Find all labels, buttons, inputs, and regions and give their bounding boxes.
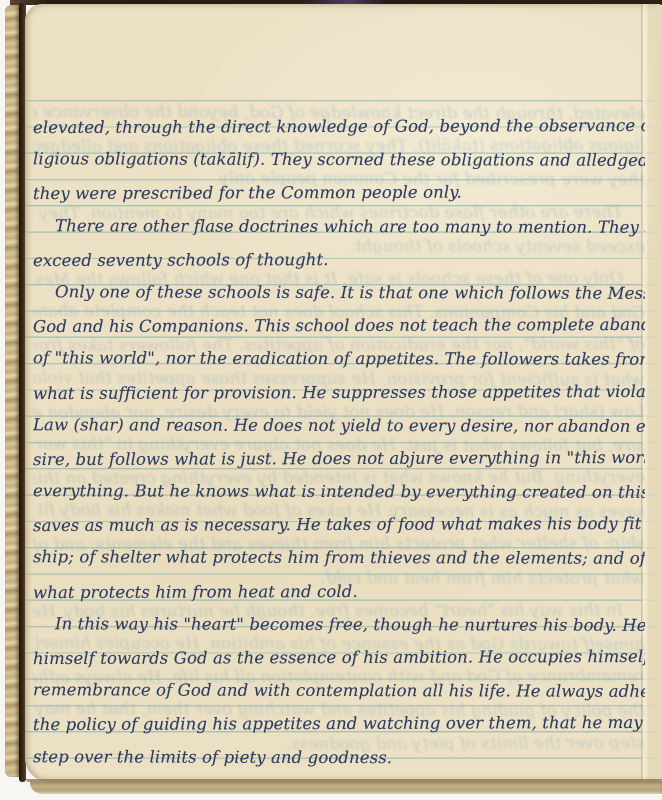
handwritten-line: In this way his "heart" becomes free, th… [33,607,645,642]
handwritten-line: Law (shar) and reason. He does not yield… [33,408,645,443]
handwritten-line: saves as much as is necessary. He takes … [33,507,645,542]
handwritten-line: of "this world", nor the eradication of … [33,342,645,377]
handwritten-line: Only one of these schools is safe. It is… [33,275,645,310]
handwritten-line: elevated, through the direct knowledge o… [33,109,645,144]
handwritten-line: what is sufficient for provision. He sup… [33,374,645,409]
handwritten-line: ligious obligations (takālif). They scor… [33,142,645,177]
handwritten-line: sire, but follows what is just. He does … [33,441,645,476]
handwritten-line: what protects him from heat and cold. [33,574,645,609]
handwritten-line: step over the limits of piety and goodne… [33,740,645,775]
handwritten-line: God and his Companions. This school does… [33,308,645,343]
handwritten-line: ship; of shelter what protects him from … [33,541,645,576]
handwriting: elevated, through the direct knowledge o… [33,110,645,774]
handwritten-line: remembrance of God and with contemplatio… [33,673,645,708]
torn-page-stubs [5,5,19,777]
handwritten-line: the policy of guiding his appetites and … [33,706,645,741]
notebook-scan: elevated, through the direct knowledge o… [0,0,662,800]
handwritten-line: everything. But he knows what is intende… [33,474,645,509]
handwritten-line: they were prescribed for the Common peop… [33,175,645,210]
notebook-page: elevated, through the direct knowledge o… [25,4,662,782]
under-page-edge [30,782,662,794]
handwritten-line: himself towards God as the essence of hi… [33,640,645,675]
handwritten-line: There are other flase doctrines which ar… [33,209,645,244]
handwritten-line: exceed seventy schools of thought. [33,242,645,277]
